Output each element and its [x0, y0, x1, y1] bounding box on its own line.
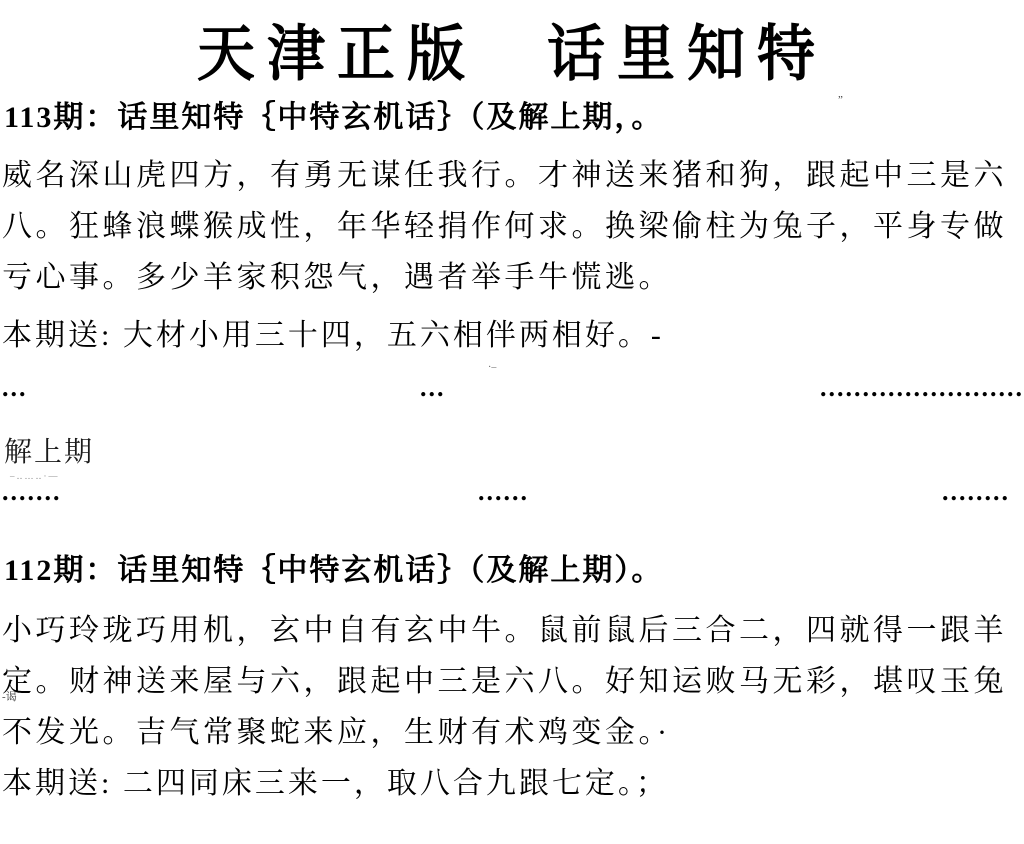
- dots-right: ........: [942, 482, 1010, 502]
- verse-line: 不发光。吉气常聚蛇来应，生财有术鸡变金。·: [2, 707, 1022, 758]
- section-112-heading: 112期：话里知特｛中特玄机话｝（及解上期）。: [4, 545, 663, 589]
- verse-line: 定。财神送来屋与六，跟起中三是六八。好知运败马无彩，堪叹玉兔: [2, 656, 1022, 707]
- dots-right: ........................: [820, 378, 1024, 398]
- section-113-verse: 威名深山虎四方，有勇无谋任我行。才神送来猪和狗，跟起中三是六 八。狂蜂浪蝶猴成性…: [2, 150, 1022, 303]
- section-113-gift-line: 本期送: 大材小用三十四，五六相伴两相好。-: [2, 310, 664, 354]
- section-113-heading: 113期：话里知特｛中特玄机话｝（及解上期，。: [4, 92, 663, 136]
- verse-line: 八。狂蜂浪蝶猴成性，年华轻捐作何求。换梁偷柱为兔子，平身专做: [2, 201, 1022, 252]
- verse-line: 威名深山虎四方，有勇无谋任我行。才神送来猪和狗，跟起中三是六: [2, 150, 1022, 201]
- print-artifact-left-margin: -谒: [2, 688, 17, 704]
- dots-center: ......: [478, 482, 529, 502]
- dots-center: ...: [420, 378, 446, 398]
- verse-line: 亏心事。多少羊家积怨气，遇者举手牛慌逃。: [2, 252, 1022, 303]
- dots-left: .......: [2, 482, 62, 502]
- section-112-gift-line: 本期送: 二四同床三来一，取八合九跟七定。；: [2, 758, 669, 802]
- dotted-separator-row-1: ... ... ........................: [0, 378, 1024, 400]
- section-112-verse: 小巧玲珑巧用机，玄中自有玄中牛。鼠前鼠后三合二，四就得一跟羊 定。财神送来屋与六…: [2, 605, 1022, 758]
- verse-line: 小巧玲珑巧用机，玄中自有玄中牛。鼠前鼠后三合二，四就得一跟羊: [2, 605, 1022, 656]
- scanned-document-page: 天津正版 话里知特 ” 113期：话里知特｛中特玄机话｝（及解上期，。 威名深山…: [0, 0, 1024, 844]
- dotted-separator-row-2: ....... ...... ........: [0, 482, 1024, 504]
- print-artifact-top-right: ”: [838, 94, 843, 106]
- jie-shangqi-label: 解上期: [4, 430, 94, 470]
- page-title: 天津正版 话里知特: [0, 4, 1024, 92]
- dots-left: ...: [2, 378, 28, 398]
- print-artifact-middle: ·–: [488, 362, 496, 373]
